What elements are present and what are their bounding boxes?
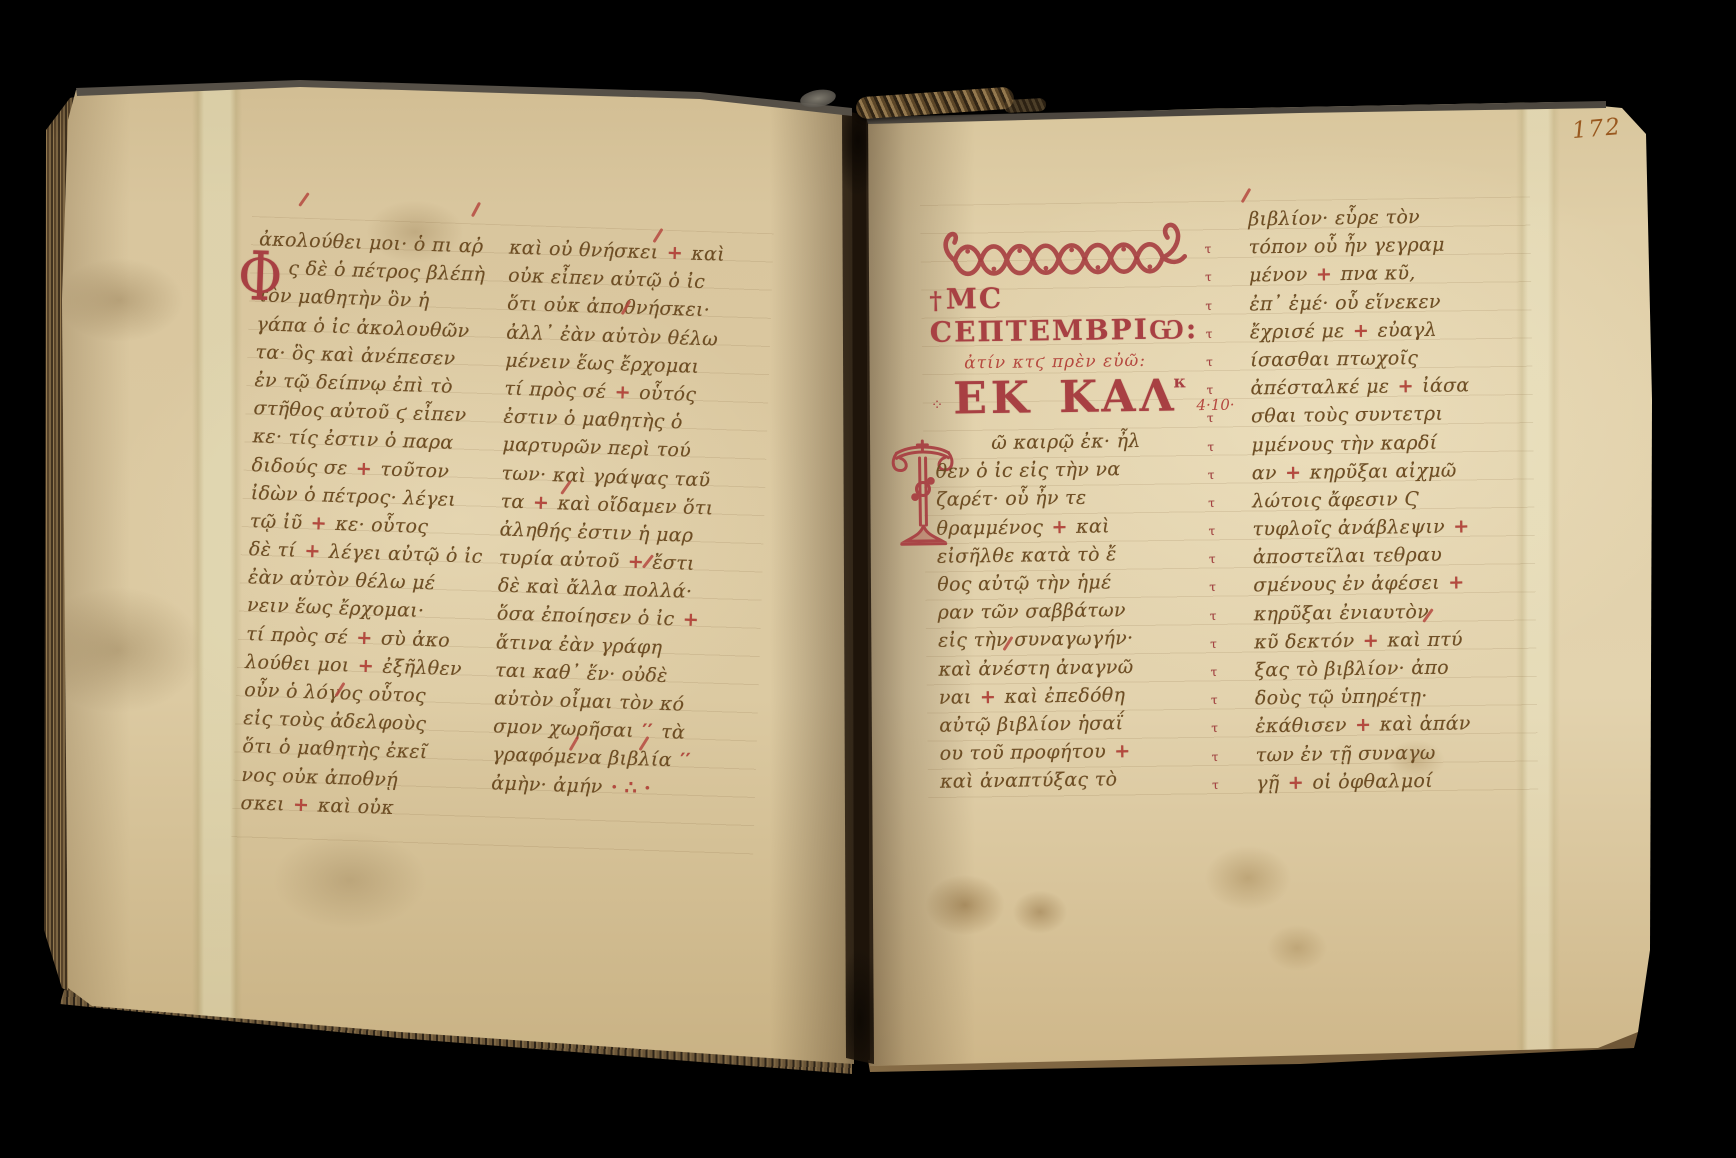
- manuscript-text-line: τἐπ᾽ ἐμέ· οὗ εἵνεκεν: [1249, 289, 1519, 321]
- marginal-tick-mark: τ: [1211, 721, 1218, 735]
- manuscript-text-line: τλώτοις ἄφεσιν Ϛ: [1252, 486, 1522, 518]
- manuscript-text-line: τσθαι τοὺς συντετρι: [1251, 402, 1521, 434]
- left-page-text-block: ἀκολούθει μοι· ὁ πι αῤς δὲ ὁ πέτρος βλέπ…: [231, 216, 773, 858]
- marginal-tick-mark: τ: [1208, 496, 1215, 510]
- marginal-tick-mark: τ: [1208, 524, 1215, 538]
- rubricated-initial-phi: Φ: [237, 243, 283, 312]
- menologion-header: †ΜϹ ϹΕΠΤΕΜΒΡΙѠ: ἀτίν κτϛ πρὲν εὐῶ: ⁘ ΕΚ …: [928, 221, 1241, 422]
- manuscript-text-line: τσμένους ἐν ἀφέσει +: [1253, 571, 1523, 603]
- marginal-tick-mark: τ: [1205, 242, 1212, 256]
- manuscript-photo: ἀκολούθει μοι· ὁ πι αῤς δὲ ὁ πέτρος βλέπ…: [0, 0, 1736, 1158]
- marginal-tick-mark: τ: [1212, 778, 1219, 792]
- incipit-luke-abbrev: ΚΑΛ: [1059, 374, 1178, 420]
- manuscript-text-line: τξας τὸ βιβλίον· ἀπο: [1254, 656, 1524, 688]
- marginal-tick-mark: τ: [1212, 749, 1219, 763]
- manuscript-text-line: τμμένους τὴν καρδί: [1251, 430, 1521, 462]
- marginal-tick-mark: τ: [1208, 468, 1215, 482]
- manuscript-text-line: ου τοῦ προφήτου +: [940, 739, 1240, 771]
- manuscript-text-line: τδοὺς τῷ ὑπηρέτῃ·: [1255, 684, 1525, 716]
- marginal-tick-mark: τ: [1205, 298, 1212, 312]
- manuscript-text-line: εἰς τὴν συναγωγήν·: [938, 626, 1238, 658]
- manuscript-text-line: βιβλίον· εὗρε τὸν: [1248, 205, 1518, 237]
- manuscript-text-line: θος αὐτῷ τὴν ἡμέ: [937, 570, 1237, 602]
- incipit-ek: ΕΚ: [953, 376, 1033, 421]
- right-page-column-1: ῶ καιρῷ ἐκ· ἦλθεν ὁ ἰϲ εἰς τὴν ναζαρέτ· …: [935, 429, 1240, 800]
- braided-endband-tail: [1004, 98, 1047, 113]
- manuscript-text-line: τίσασθαι πτωχοῖς: [1250, 346, 1520, 378]
- marginal-tick-mark: τ: [1207, 411, 1214, 425]
- manuscript-text-line: ταν + κηρῦξαι αἰχμῶ: [1252, 458, 1522, 490]
- left-page-column-1: ἀκολούθει μοι· ὁ πι αῤς δὲ ὁ πέτρος βλέπ…: [240, 228, 507, 828]
- manuscript-text-line: τἀπέσταλκέ με + ἰάσα: [1250, 374, 1520, 406]
- manuscript-text-line: θραμμένος + καὶ: [936, 513, 1236, 545]
- marginal-tick-mark: τ: [1205, 270, 1212, 284]
- manuscript-text-line: ττόπον οὗ ἦν γεγραμ: [1248, 233, 1518, 265]
- manuscript-text-line: τκῦ δεκτόν + καὶ πτύ: [1254, 627, 1524, 659]
- manuscript-text-line: τκηρῦξαι ἐνιαυτὸν: [1254, 599, 1524, 631]
- left-page-column-2: καὶ οὐ θνήσκει + καὶοὐκ εἶπεν αὐτῷ ὁ ἰϲὅ…: [491, 237, 766, 809]
- right-page-text-block: †ΜϹ ϹΕΠΤΕΜΒΡΙѠ: ἀτίν κτϛ πρὲν εὐῶ: ⁘ ΕΚ …: [920, 196, 1539, 824]
- manuscript-text-line: εἰσῆλθε κατὰ τὸ ἔ: [937, 541, 1237, 573]
- manuscript-text-line: τἀποστεῖλαι τεθραυ: [1253, 543, 1523, 575]
- marginal-tick-mark: τ: [1206, 355, 1213, 369]
- manuscript-text-line: τἔχρισέ με + εὐαγλ: [1250, 317, 1520, 349]
- manuscript-text-line: τμένον + πνα κῦ,: [1249, 261, 1519, 293]
- marginal-tick-mark: τ: [1206, 327, 1213, 341]
- month-title-rubric: †ΜϹ ϹΕΠΤΕΜΒΡΙѠ:: [929, 279, 1240, 350]
- manuscript-text-line: αὐτῷ βιβλίον ἡσαΐ: [939, 710, 1239, 742]
- marginal-tick-mark: τ: [1211, 693, 1218, 707]
- manuscript-text-line: καὶ ἀνέστη ἀναγνῶ: [938, 654, 1238, 686]
- marginal-tick-mark: τ: [1209, 552, 1216, 566]
- marginal-tick-mark: τ: [1207, 383, 1214, 397]
- manuscript-text-line: ττυφλοῖς ἀνάβλεψιν +: [1252, 515, 1522, 547]
- quatrefoil-dots-mark: ⁘: [931, 396, 954, 422]
- manuscript-text-line: ῶ καιρῷ ἐκ· ἦλ: [991, 429, 1235, 461]
- manuscript-text-line: ττων ἐν τῇ συναγω: [1256, 740, 1526, 772]
- manuscript-text-line: τἐκάθισεν + καὶ ἁπάν: [1255, 712, 1525, 744]
- marginal-tick-mark: τ: [1209, 580, 1216, 594]
- manuscript-text-line: τγῇ + οἱ ὀφθαλμοί: [1256, 768, 1526, 800]
- interlace-headpiece-ornament: [940, 221, 1191, 282]
- folio-page-number: 172: [1571, 114, 1623, 144]
- manuscript-text-line: θεν ὁ ἰϲ εἰς τὴν να: [936, 457, 1236, 489]
- incipit-superscript: κ: [1173, 372, 1186, 392]
- manuscript-text-line: ναι + καὶ ἐπεδόθη: [939, 682, 1239, 714]
- marginal-tick-mark: τ: [1207, 439, 1214, 453]
- manuscript-text-line: καὶ ἀναπτύξας τὸ: [940, 767, 1240, 799]
- cross-glyph: †: [929, 286, 946, 315]
- marginal-tick-mark: τ: [1210, 609, 1217, 623]
- right-page-column-2: βιβλίον· εὗρε τὸνττόπον οὗ ἦν γεγραμτμέν…: [1248, 205, 1526, 801]
- manuscript-text-line: ζαρέτ· οὗ ἦν τε: [936, 485, 1236, 517]
- marginal-tick-mark: τ: [1210, 637, 1217, 651]
- marginal-tick-mark: τ: [1210, 665, 1217, 679]
- gospel-incipit-line: ⁘ ΕΚ ΚΑΛ κ 4·10·: [930, 374, 1241, 422]
- manuscript-text-line: ραν τῶν σαββάτων: [938, 598, 1238, 630]
- feast-rubric-line: ἀτίν κτϛ πρὲν εὐῶ:: [930, 350, 1240, 374]
